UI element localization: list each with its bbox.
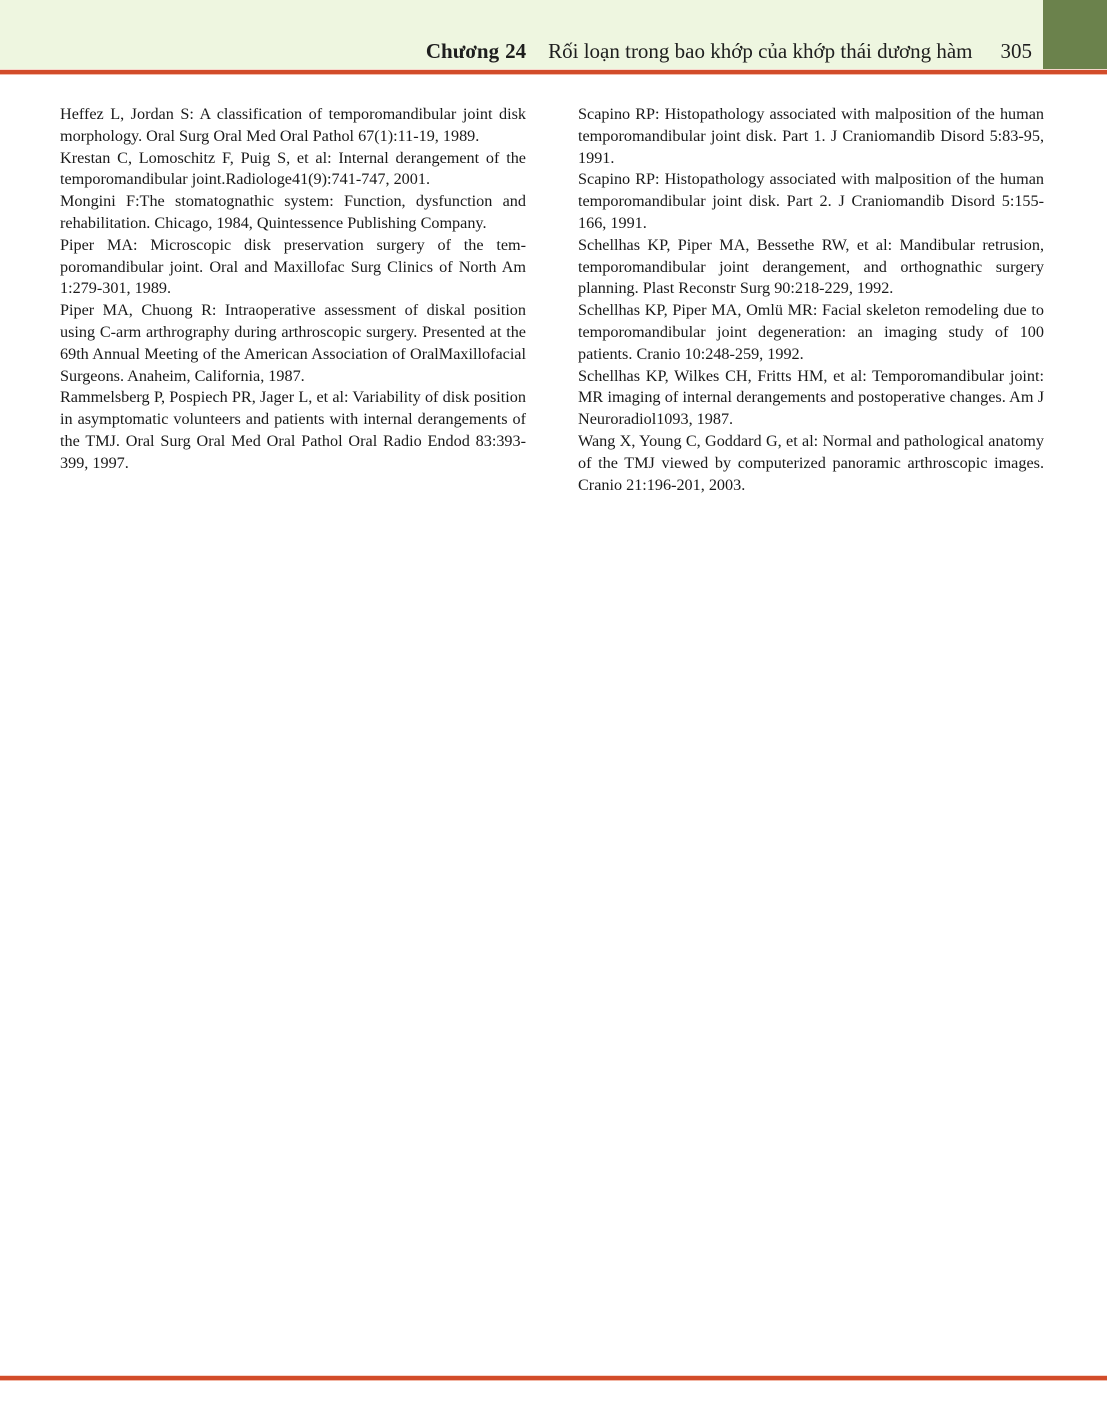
reference-item: Krestan C, Lomoschitz F, Puig S, et al: … — [60, 148, 526, 192]
header-rule — [0, 70, 1107, 74]
page-number-tab — [1043, 0, 1107, 69]
reference-item: Schellhas KP, Wilkes CH, Fritts HM, et a… — [578, 366, 1044, 431]
reference-item: Rammelsberg P, Pospiech PR, Jager L, et … — [60, 387, 526, 474]
reference-item: Piper MA: Microscopic disk preservation … — [60, 235, 526, 300]
chapter-title: Rối loạn trong bao khớp của khớp thái dư… — [548, 39, 972, 63]
footer-rule — [0, 1376, 1107, 1380]
reference-item: Mongini F:The stomatognathic system: Fun… — [60, 191, 526, 235]
reference-item: Scapino RP: Histopathology associated wi… — [578, 169, 1044, 234]
chapter-number: 24 — [505, 39, 526, 63]
reference-item: Piper MA, Chuong R: Intraoperative asses… — [60, 300, 526, 387]
chapter-label: Chương — [426, 39, 499, 63]
reference-item: Scapino RP: Histopathology associated wi… — [578, 104, 1044, 169]
running-head: Chương24Rối loạn trong bao khớp của khớp… — [426, 38, 1032, 64]
page-number: 305 — [1001, 39, 1033, 63]
reference-item: Schellhas KP, Piper MA, Omlü MR: Facial … — [578, 300, 1044, 365]
references-left-column: Heffez L, Jordan S: A classification of … — [60, 104, 526, 475]
reference-item: Wang X, Young C, Goddard G, et al: Norma… — [578, 431, 1044, 496]
reference-item: Heffez L, Jordan S: A classification of … — [60, 104, 526, 148]
references-right-column: Scapino RP: Histopathology associated wi… — [578, 104, 1044, 496]
reference-item: Schellhas KP, Piper MA, Bessethe RW, et … — [578, 235, 1044, 300]
